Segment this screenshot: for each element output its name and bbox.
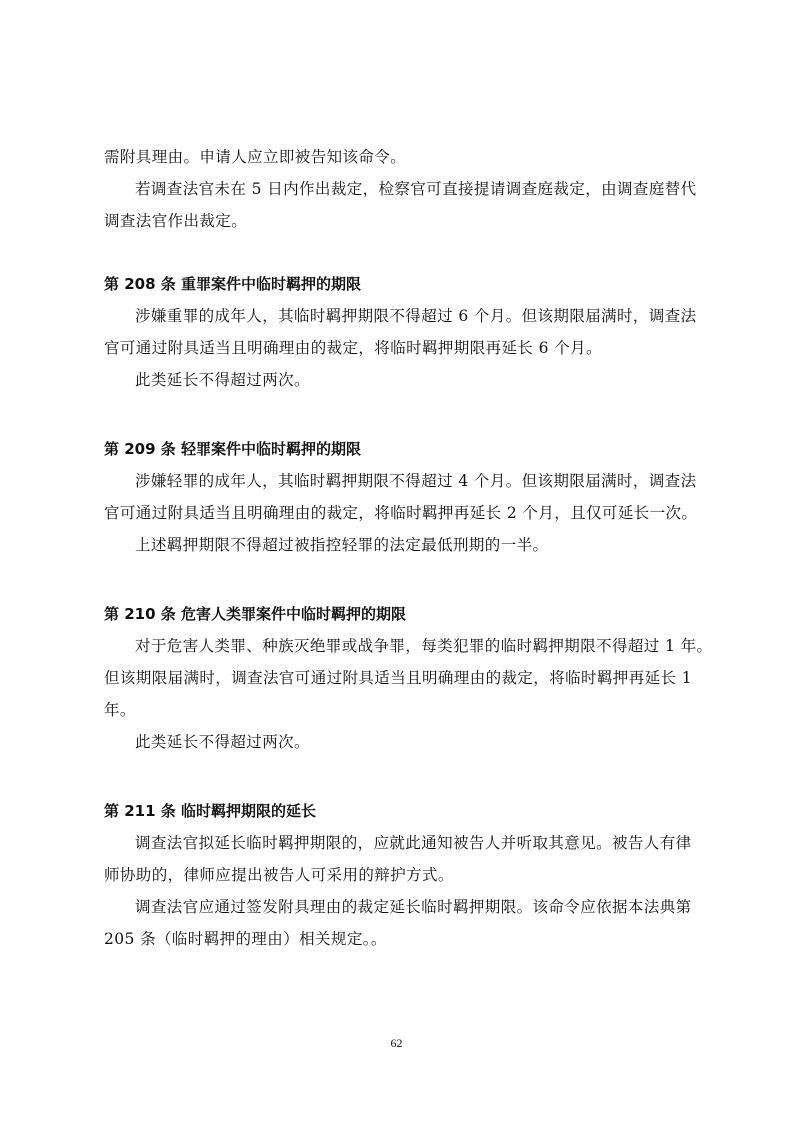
article-209-heading: 第 209 条 轻罪案件中临时羁押的期限 [104, 434, 361, 464]
article-210-heading: 第 210 条 危害人类罪案件中临时羁押的期限 [104, 599, 406, 629]
paragraph-line: 此类延长不得超过两次。 [104, 727, 696, 757]
paragraph-line: 涉嫌轻罪的成年人，其临时羁押期限不得超过 4 个月。但该期限届满时，调查法 [104, 466, 696, 496]
paragraph-line: 205 条（临时羁押的理由）相关规定。。 [104, 924, 696, 954]
article-208-heading: 第 208 条 重罪案件中临时羁押的期限 [104, 269, 361, 299]
paragraph-line: 上述羁押期限不得超过被指控轻罪的法定最低刑期的一半。 [104, 530, 696, 560]
paragraph-line: 涉嫌重罪的成年人，其临时羁押期限不得超过 6 个月。但该期限届满时，调查法 [104, 301, 696, 331]
paragraph-line: 调查法官拟延长临时羁押期限的，应就此通知被告人并听取其意见。被告人有律 [104, 828, 696, 858]
paragraph-line: 若调查法官未在 5 日内作出裁定，检察官可直接提请调查庭裁定，由调查庭替代 [104, 174, 696, 204]
paragraph-line: 官可通过附具适当且明确理由的裁定，将临时羁押期限再延长 6 个月。 [104, 333, 696, 363]
paragraph-line: 需附具理由。申请人应立即被告知该命令。 [104, 142, 696, 172]
page-number: 62 [0, 1036, 793, 1051]
article-211-heading: 第 211 条 临时羁押期限的延长 [104, 796, 316, 826]
paragraph-line: 师协助的，律师应提出被告人可采用的辩护方式。 [104, 860, 696, 890]
paragraph-line: 但该期限届满时，调查法官可通过附具适当且明确理由的裁定，将临时羁押再延长 1 [104, 663, 696, 693]
paragraph-line: 调查法官应通过签发附具理由的裁定延长临时羁押期限。该命令应依据本法典第 [104, 892, 696, 922]
paragraph-line: 年。 [104, 695, 696, 725]
paragraph-line: 此类延长不得超过两次。 [104, 365, 696, 395]
paragraph-line: 调查法官作出裁定。 [104, 206, 696, 236]
paragraph-line: 对于危害人类罪、种族灭绝罪或战争罪，每类犯罪的临时羁押期限不得超过 1 年。 [104, 631, 696, 661]
paragraph-line: 官可通过附具适当且明确理由的裁定，将临时羁押再延长 2 个月，且仅可延长一次。 [104, 498, 696, 528]
